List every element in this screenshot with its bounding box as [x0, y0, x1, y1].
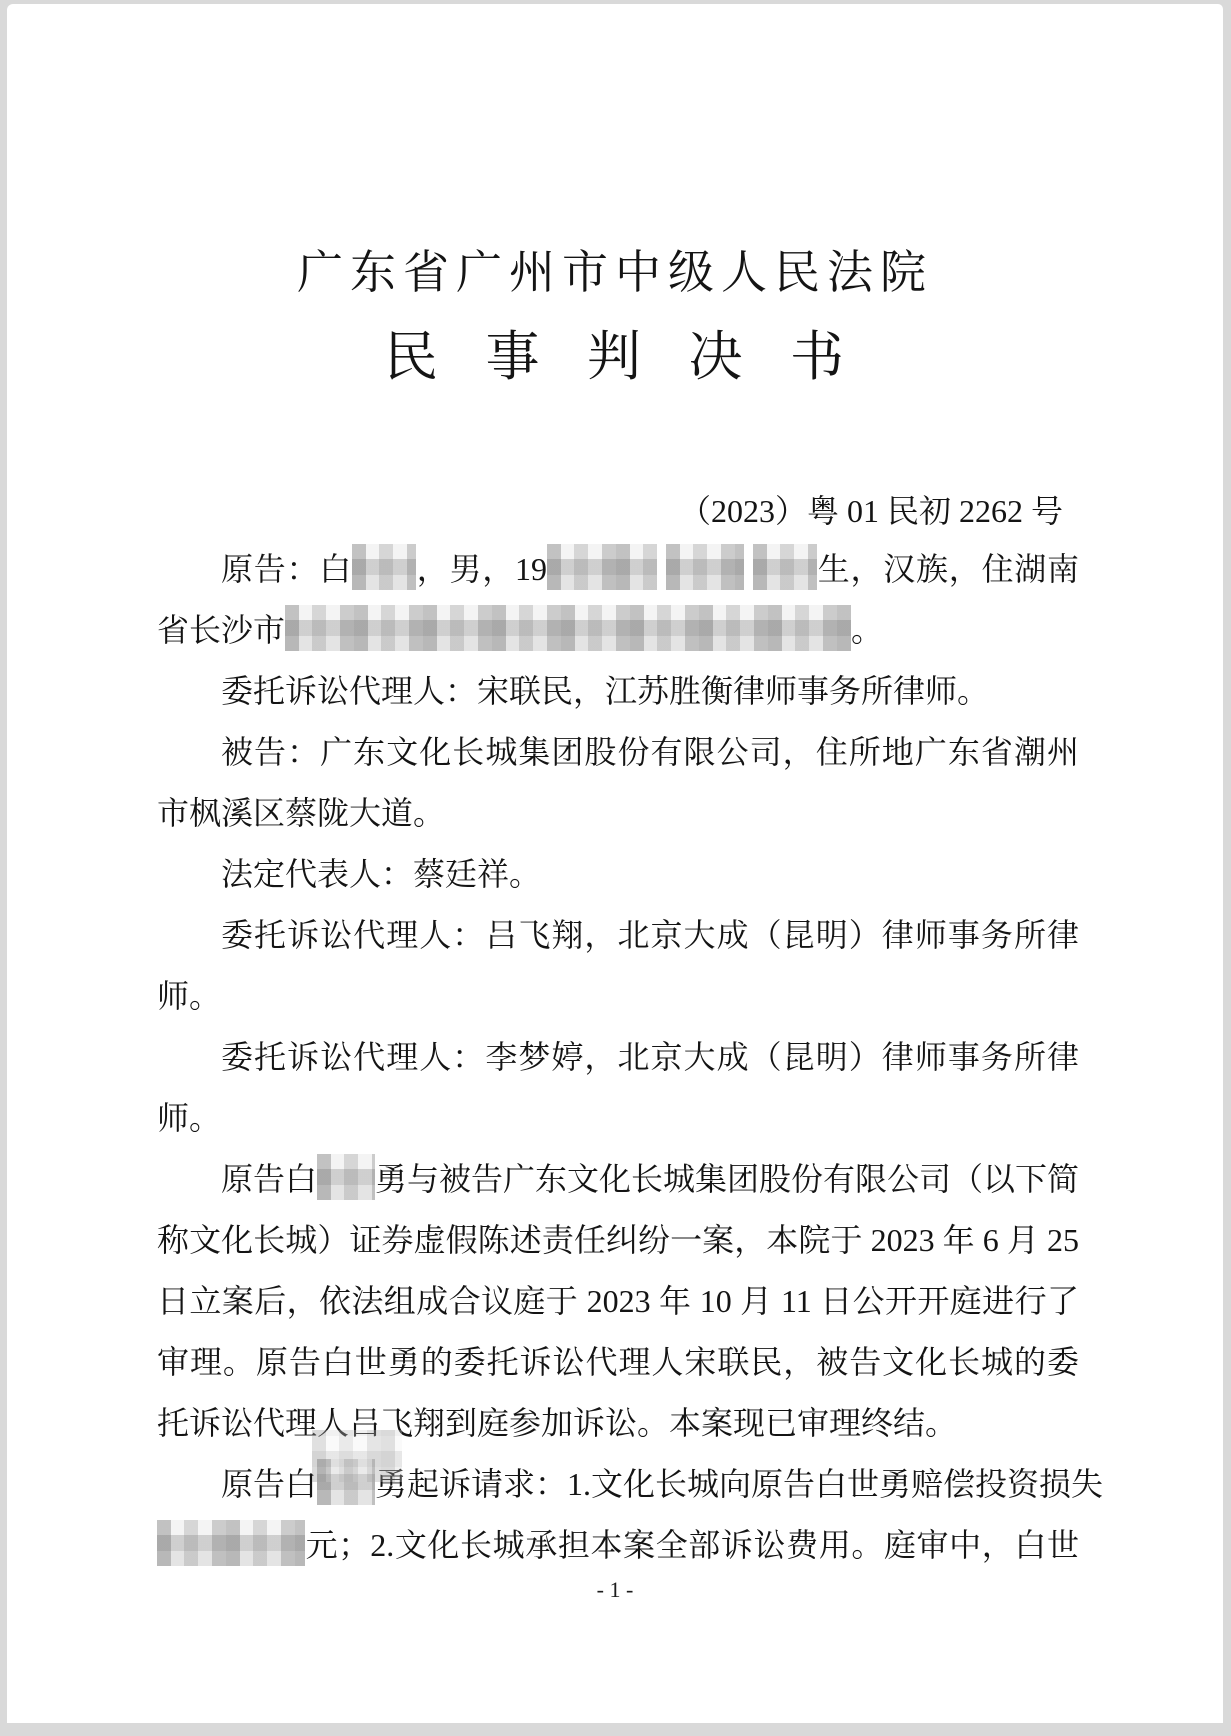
body-text: 原告白 — [221, 1466, 317, 1502]
body-line: 省长沙市。 — [157, 600, 1079, 661]
body-text: 。 — [851, 612, 883, 648]
case-number: （2023）粤 01 民初 2262 号 — [679, 492, 1063, 530]
body-text: 日立案后，依法组成合议庭于 2023 年 10 月 11 日公开开庭进行了 — [157, 1283, 1079, 1319]
body-line: 称文化长城）证券虚假陈述责任纠纷一案，本院于 2023 年 6 月 25 — [157, 1210, 1079, 1271]
body-text: 原告白 — [221, 1161, 317, 1197]
body-line: 原告白勇起诉请求：1.文化长城向原告白世勇赔偿投资损失 — [157, 1454, 1079, 1515]
body-line: 师。 — [157, 1088, 1079, 1149]
redaction-mosaic — [547, 544, 657, 590]
body-line: 法定代表人：蔡廷祥。 — [157, 844, 1079, 905]
body-line: 委托诉讼代理人：李梦婷，北京大成（昆明）律师事务所律 — [157, 1027, 1079, 1088]
redaction-mosaic — [666, 544, 744, 590]
body-text: 审理。原告白世勇的委托诉讼代理人宋联民，被告文化长城的委 — [157, 1344, 1079, 1380]
body-text: 元；2.文化长城承担本案全部诉讼费用。庭审中，白世 — [305, 1527, 1079, 1563]
redaction-mosaic — [285, 605, 851, 651]
body-line: 审理。原告白世勇的委托诉讼代理人宋联民，被告文化长城的委 — [157, 1332, 1079, 1393]
redaction-mosaic — [352, 544, 416, 590]
body-line: 日立案后，依法组成合议庭于 2023 年 10 月 11 日公开开庭进行了 — [157, 1271, 1079, 1332]
body-text: 省长沙市 — [157, 612, 285, 648]
court-name-heading: 广东省广州市中级人民法院 — [7, 244, 1223, 302]
judgment-page: 广东省广州市中级人民法院 民 事 判 决 书 （2023）粤 01 民初 226… — [7, 4, 1223, 1723]
body-text: 勇与被告广东文化长城集团股份有限公司（以下简 — [375, 1161, 1079, 1197]
body-text: 勇起诉请求：1.文化长城向原告白世勇赔偿投资损失 — [375, 1466, 1103, 1502]
body-text: 称文化长城）证券虚假陈述责任纠纷一案，本院于 2023 年 6 月 25 — [157, 1222, 1079, 1258]
body-text: 原告：白 — [221, 551, 352, 587]
body-text: 被告：广东文化长城集团股份有限公司，住所地广东省潮州 — [221, 734, 1079, 770]
body-text: 法定代表人：蔡廷祥。 — [221, 856, 541, 892]
body-text: ，男，19 — [416, 551, 547, 587]
body-text: 市枫溪区蔡陇大道。 — [157, 795, 445, 831]
body-line: 师。 — [157, 966, 1079, 1027]
body-text: 师。 — [157, 978, 221, 1014]
body-line: 委托诉讼代理人：吕飞翔，北京大成（昆明）律师事务所律 — [157, 905, 1079, 966]
body-text: 师。 — [157, 1100, 221, 1136]
judgment-body: 原告：白，男，19生，汉族，住湖南省长沙市。委托诉讼代理人：宋联民，江苏胜衡律师… — [157, 539, 1079, 1576]
body-line: 原告白勇与被告广东文化长城集团股份有限公司（以下简 — [157, 1149, 1079, 1210]
redaction-mosaic — [157, 1520, 305, 1566]
body-line: 原告：白，男，19生，汉族，住湖南 — [157, 539, 1079, 600]
body-text: 生，汉族，住湖南 — [817, 551, 1079, 587]
page-number: - 1 - — [7, 1576, 1223, 1604]
body-line: 托诉讼代理人吕飞翔到庭参加诉讼。本案现已审理终结。 — [157, 1393, 1079, 1454]
body-line: 元；2.文化长城承担本案全部诉讼费用。庭审中，白世 — [157, 1515, 1079, 1576]
document-viewer-background: { "page": { "court_name": "广东省广州市中级人民法院"… — [0, 0, 1231, 1736]
body-text: 委托诉讼代理人：李梦婷，北京大成（昆明）律师事务所律 — [221, 1039, 1079, 1075]
body-line: 委托诉讼代理人：宋联民，江苏胜衡律师事务所律师。 — [157, 661, 1079, 722]
body-line: 市枫溪区蔡陇大道。 — [157, 783, 1079, 844]
body-line: 被告：广东文化长城集团股份有限公司，住所地广东省潮州 — [157, 722, 1079, 783]
body-text: 托诉讼代理人吕飞翔到庭参加诉讼。本案现已审理终结。 — [157, 1405, 957, 1441]
redaction-mosaic-overlay — [312, 1430, 402, 1482]
document-type-heading: 民 事 判 决 书 — [7, 324, 1223, 390]
redaction-mosaic — [753, 544, 817, 590]
redaction-mosaic — [317, 1154, 375, 1200]
body-text: 委托诉讼代理人：吕飞翔，北京大成（昆明）律师事务所律 — [221, 917, 1079, 953]
body-text: 委托诉讼代理人：宋联民，江苏胜衡律师事务所律师。 — [221, 673, 989, 709]
